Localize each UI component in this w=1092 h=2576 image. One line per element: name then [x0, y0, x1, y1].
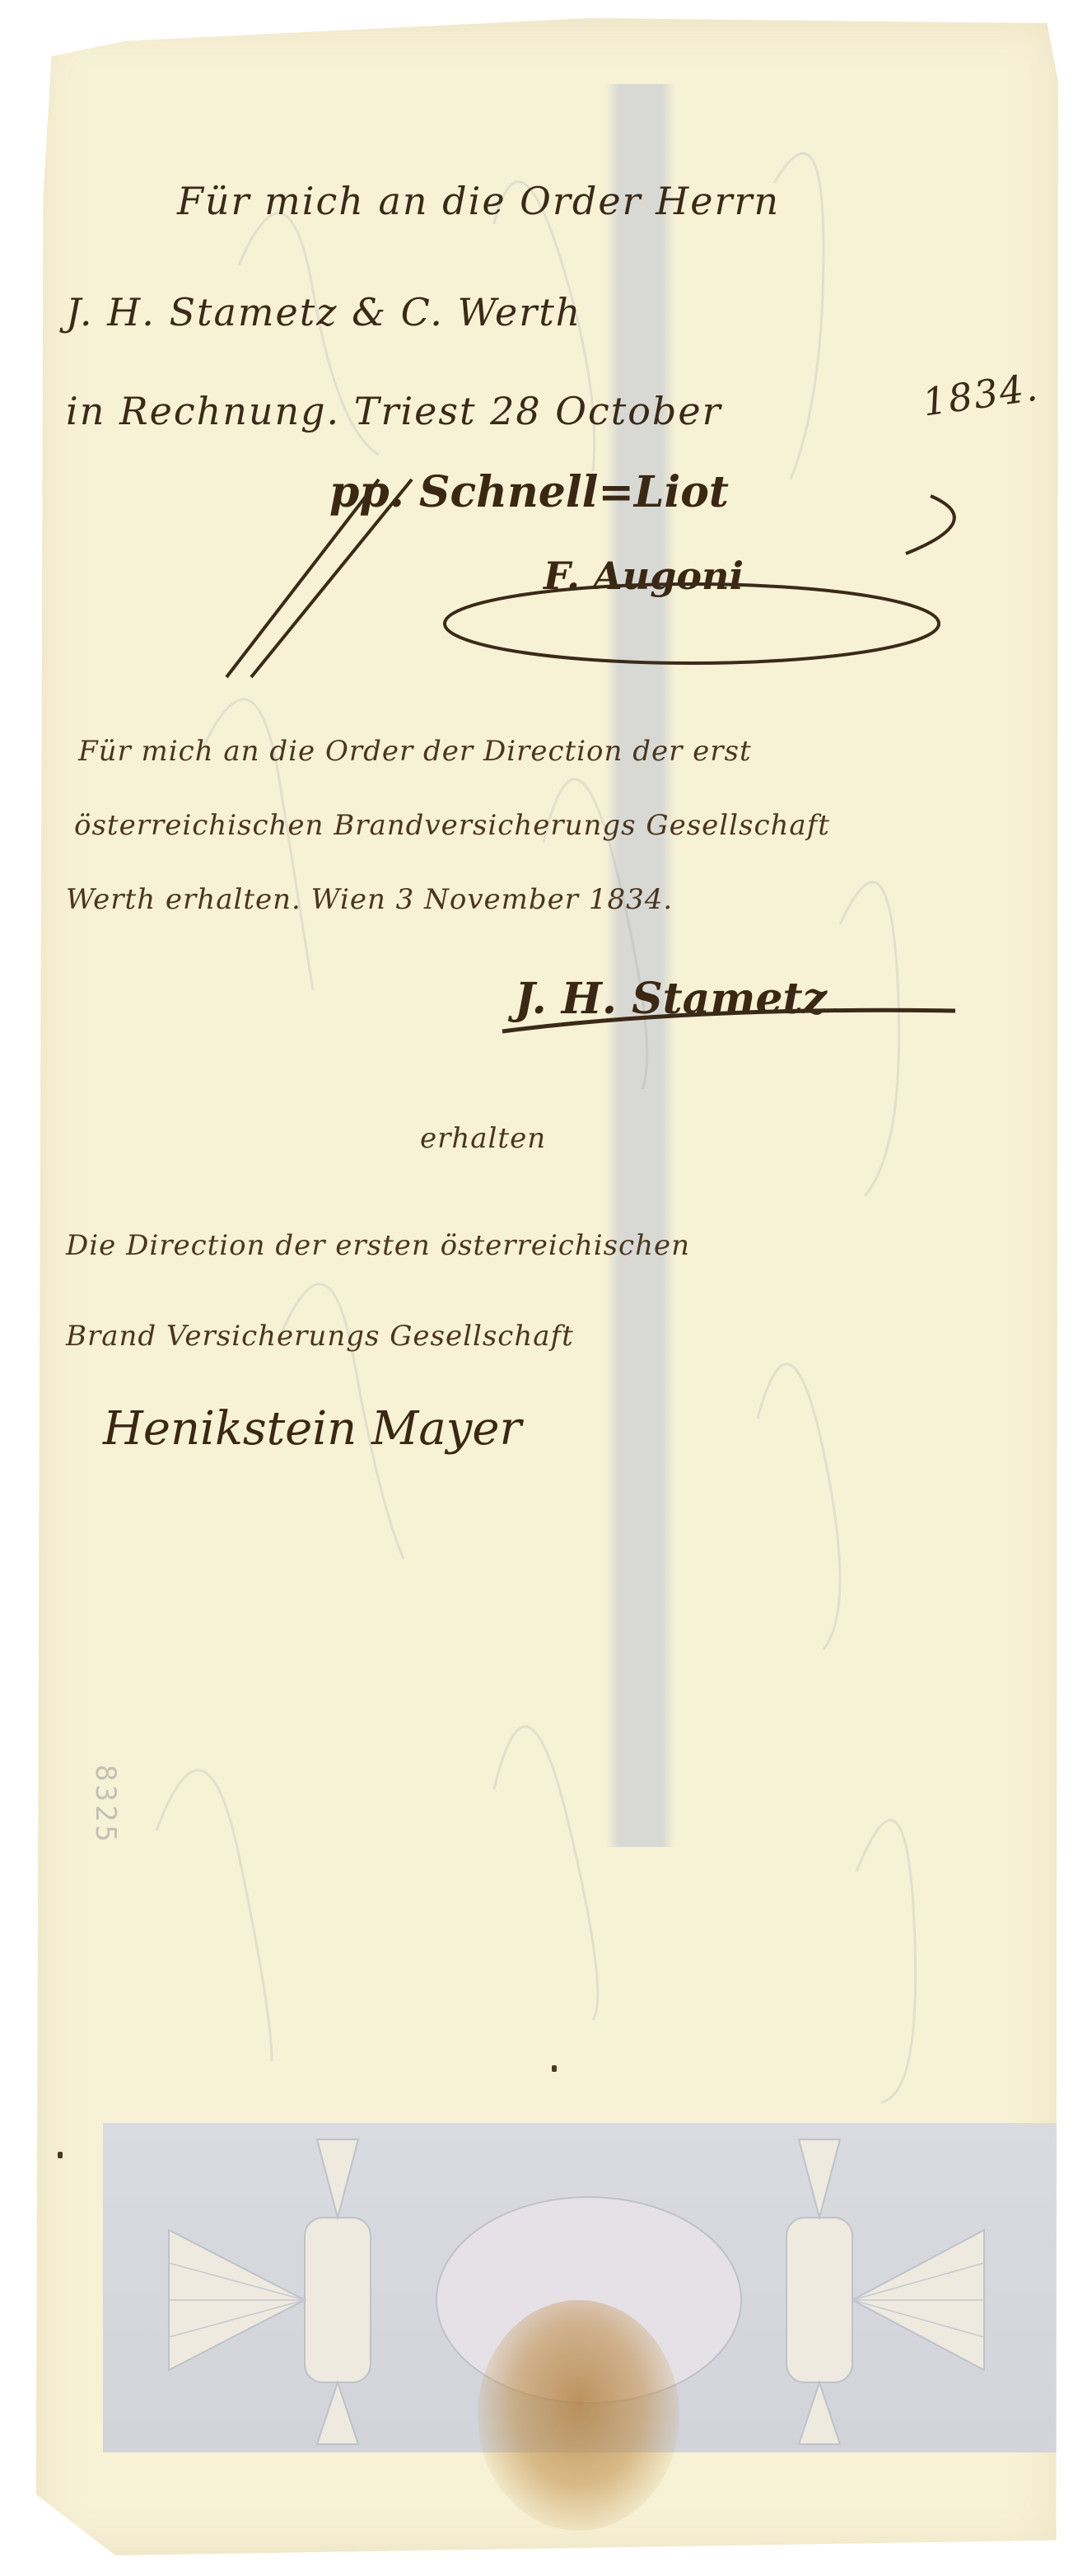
- ink-speck: [58, 2152, 63, 2158]
- signature-henikstein-mayer: Henikstein Mayer: [103, 1402, 521, 1456]
- receipt-heading: erhalten: [420, 1122, 546, 1155]
- endorsement-2-line-3: Werth erhalten. Wien 3 November 1834.: [66, 883, 673, 916]
- endorsement-2-line-1: Für mich an die Order der Direction der …: [78, 735, 752, 768]
- endorsement-1-line-3: in Rechnung. Triest 28 October: [66, 389, 722, 433]
- foxing-stain: [478, 2300, 679, 2531]
- receipt-line-2: Brand Versicherungs Gesellschaft: [66, 1320, 574, 1353]
- margin-number: 8325: [89, 1765, 122, 1845]
- endorsement-1-line-2: J. H. Stametz & C. Werth: [66, 290, 581, 334]
- endorsement-2-line-2: österreichischen Brandversicherungs Gese…: [74, 809, 830, 842]
- signature-schnell-liot: pp. Schnell=Liot: [329, 467, 729, 517]
- receipt-line-1: Die Direction der ersten österreichische…: [66, 1229, 690, 1262]
- ink-speck: [552, 2065, 557, 2072]
- endorsement-1-line-1: Für mich an die Order Herrn: [177, 179, 780, 223]
- signature-augoni: F. Augoni: [544, 554, 744, 598]
- document-sheet: Für mich an die Order Herrn J. H. Stamet…: [33, 18, 1062, 2555]
- signature-stametz: J. H. Stametz: [515, 974, 827, 1024]
